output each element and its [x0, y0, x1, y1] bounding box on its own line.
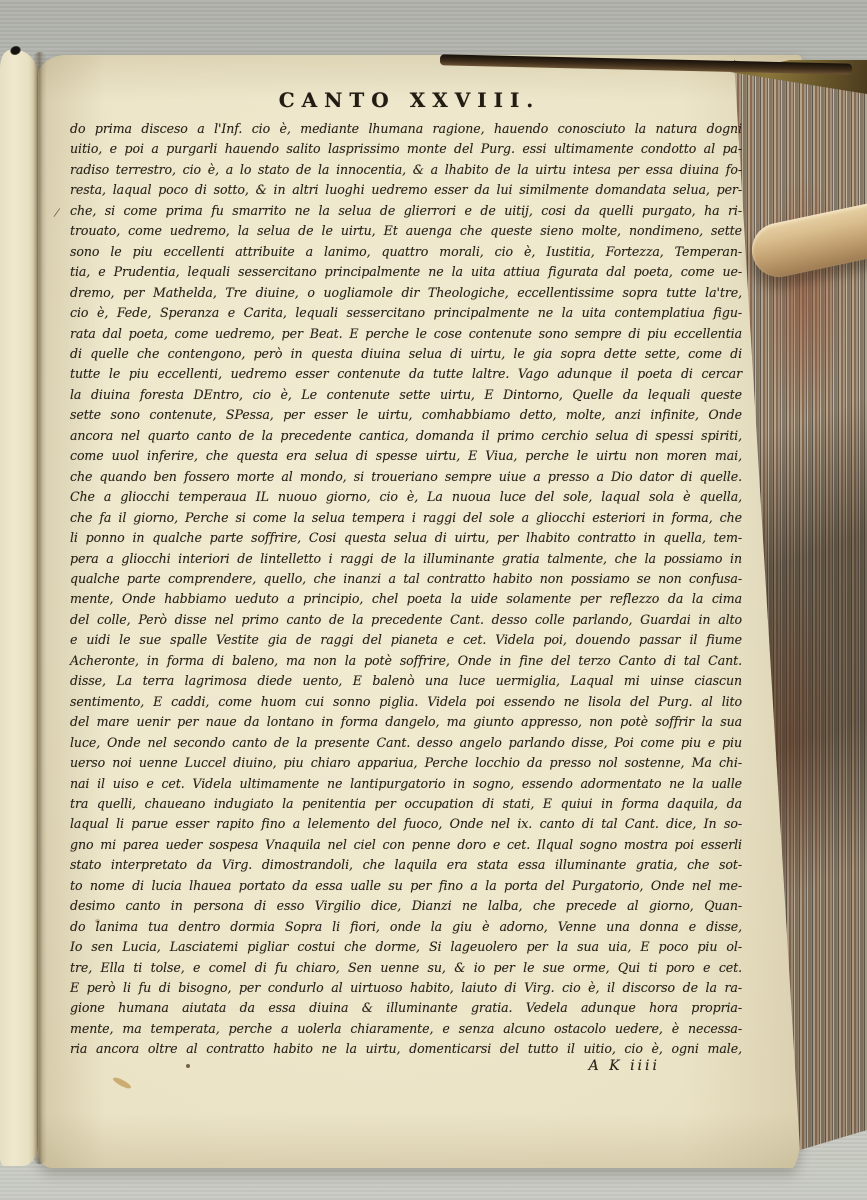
- text-line: ria ancora oltre al contratto habito ne …: [70, 1039, 742, 1059]
- text-line: to nome di lucia lhauea portato da essa …: [70, 876, 742, 896]
- text-line: come uuol inferire, che questa era selua…: [70, 446, 742, 466]
- text-line: luce, Onde nel secondo canto de la prese…: [70, 733, 742, 753]
- text-line: stato interpretato da Virg. dimostrandol…: [70, 855, 742, 875]
- text-line: che fa il giorno, Perche si come la selu…: [70, 508, 742, 528]
- text-line: tutte le piu eccellenti, uedremo esser c…: [70, 364, 742, 384]
- book-photograph: / CANTO XXVIII. do prima disceso a l'Inf…: [0, 0, 867, 1200]
- text-line: che, si come prima fu smarrito ne la sel…: [70, 201, 742, 221]
- text-line: Io sen Lucia, Lasciatemi pigliar costui …: [70, 937, 742, 957]
- text-line: sono le piu eccellenti attribuite a lani…: [70, 242, 742, 262]
- book-gutter-shadow: [33, 52, 47, 1164]
- text-line: gione humana aiutata da essa diuina & il…: [70, 998, 742, 1018]
- text-line: che quando ben fossero morte al mondo, s…: [70, 467, 742, 487]
- gathering-signature: A K iiii: [70, 1058, 742, 1074]
- text-line: resta, laqual poco di sotto, & in altri …: [70, 180, 742, 200]
- text-line: Acheronte, in forma di baleno, ma non la…: [70, 651, 742, 671]
- body-text: do prima disceso a l'Inf. cio è, mediant…: [70, 119, 742, 1060]
- text-line: radiso terrestro, cio è, a lo stato de l…: [70, 160, 742, 180]
- text-line: uitio, e poi a purgarli hauendo salito l…: [70, 139, 742, 159]
- text-line: Che a gliocchi temperaua IL nuouo giorno…: [70, 487, 742, 507]
- text-line: pera a gliocchi interiori de lintelletto…: [70, 549, 742, 569]
- text-line: tra quelli, chaueano indugiato la penite…: [70, 794, 742, 814]
- text-line: sentimento, E caddi, come huom cui sonno…: [70, 692, 742, 712]
- text-line: desimo canto in persona di esso Virgilio…: [70, 896, 742, 916]
- text-line: E però li fu di bisogno, per condurlo al…: [70, 978, 742, 998]
- text-line: trouato, come uedremo, la selua de le ui…: [70, 221, 742, 241]
- text-line: sette sono contenute, SPessa, per esser …: [70, 405, 742, 425]
- text-line: qualche parte comprendere, quello, che i…: [70, 569, 742, 589]
- text-line: tia, e Prudentia, lequali sessercitano p…: [70, 262, 742, 282]
- text-line: mente, Onde habbiamo ueduto a principio,…: [70, 589, 742, 609]
- text-line: del mare uenir per naue da lontano in fo…: [70, 712, 742, 732]
- text-block: CANTO XXVIII. do prima disceso a l'Inf. …: [70, 88, 742, 1074]
- text-line: disse, La terra lagrimosa diede uento, E…: [70, 671, 742, 691]
- text-line: mente, ma temperata, perche a uolerla ch…: [70, 1019, 742, 1039]
- text-line: di quelle che contengono, però in questa…: [70, 344, 742, 364]
- text-line: do lanima tua dentro dormia Sopra li fio…: [70, 917, 742, 937]
- text-line: nai il uiso e cet. Videla ultimamente ne…: [70, 774, 742, 794]
- text-line: tre, Ella ti tolse, e comel di fu chiaro…: [70, 958, 742, 978]
- text-line: li ponno in qualche parte soffrire, Cosi…: [70, 528, 742, 548]
- text-line: uerso noi uenne Luccel diuino, piu chiar…: [70, 753, 742, 773]
- text-line: e uidi le sue spalle Vestite gia de ragg…: [70, 630, 742, 650]
- text-line: do prima disceso a l'Inf. cio è, mediant…: [70, 119, 742, 139]
- text-line: del colle, Però disse nel primo canto de…: [70, 610, 742, 630]
- text-line: la diuina foresta DEntro, cio è, Le cont…: [70, 385, 742, 405]
- text-line: gno mi parea ueder sospesa Vnaquila nel …: [70, 835, 742, 855]
- text-line: cio è, Fede, Speranza e Carita, lequali …: [70, 303, 742, 323]
- text-line: dremo, per Mathelda, Tre diuine, o uogli…: [70, 283, 742, 303]
- text-line: ancora nel quarto canto de la precedente…: [70, 426, 742, 446]
- text-line: laqual li parue esser rapito fino a lele…: [70, 814, 742, 834]
- text-line: rata dal poeta, come uedremo, per Beat. …: [70, 324, 742, 344]
- canto-heading: CANTO XXVIII.: [70, 88, 742, 112]
